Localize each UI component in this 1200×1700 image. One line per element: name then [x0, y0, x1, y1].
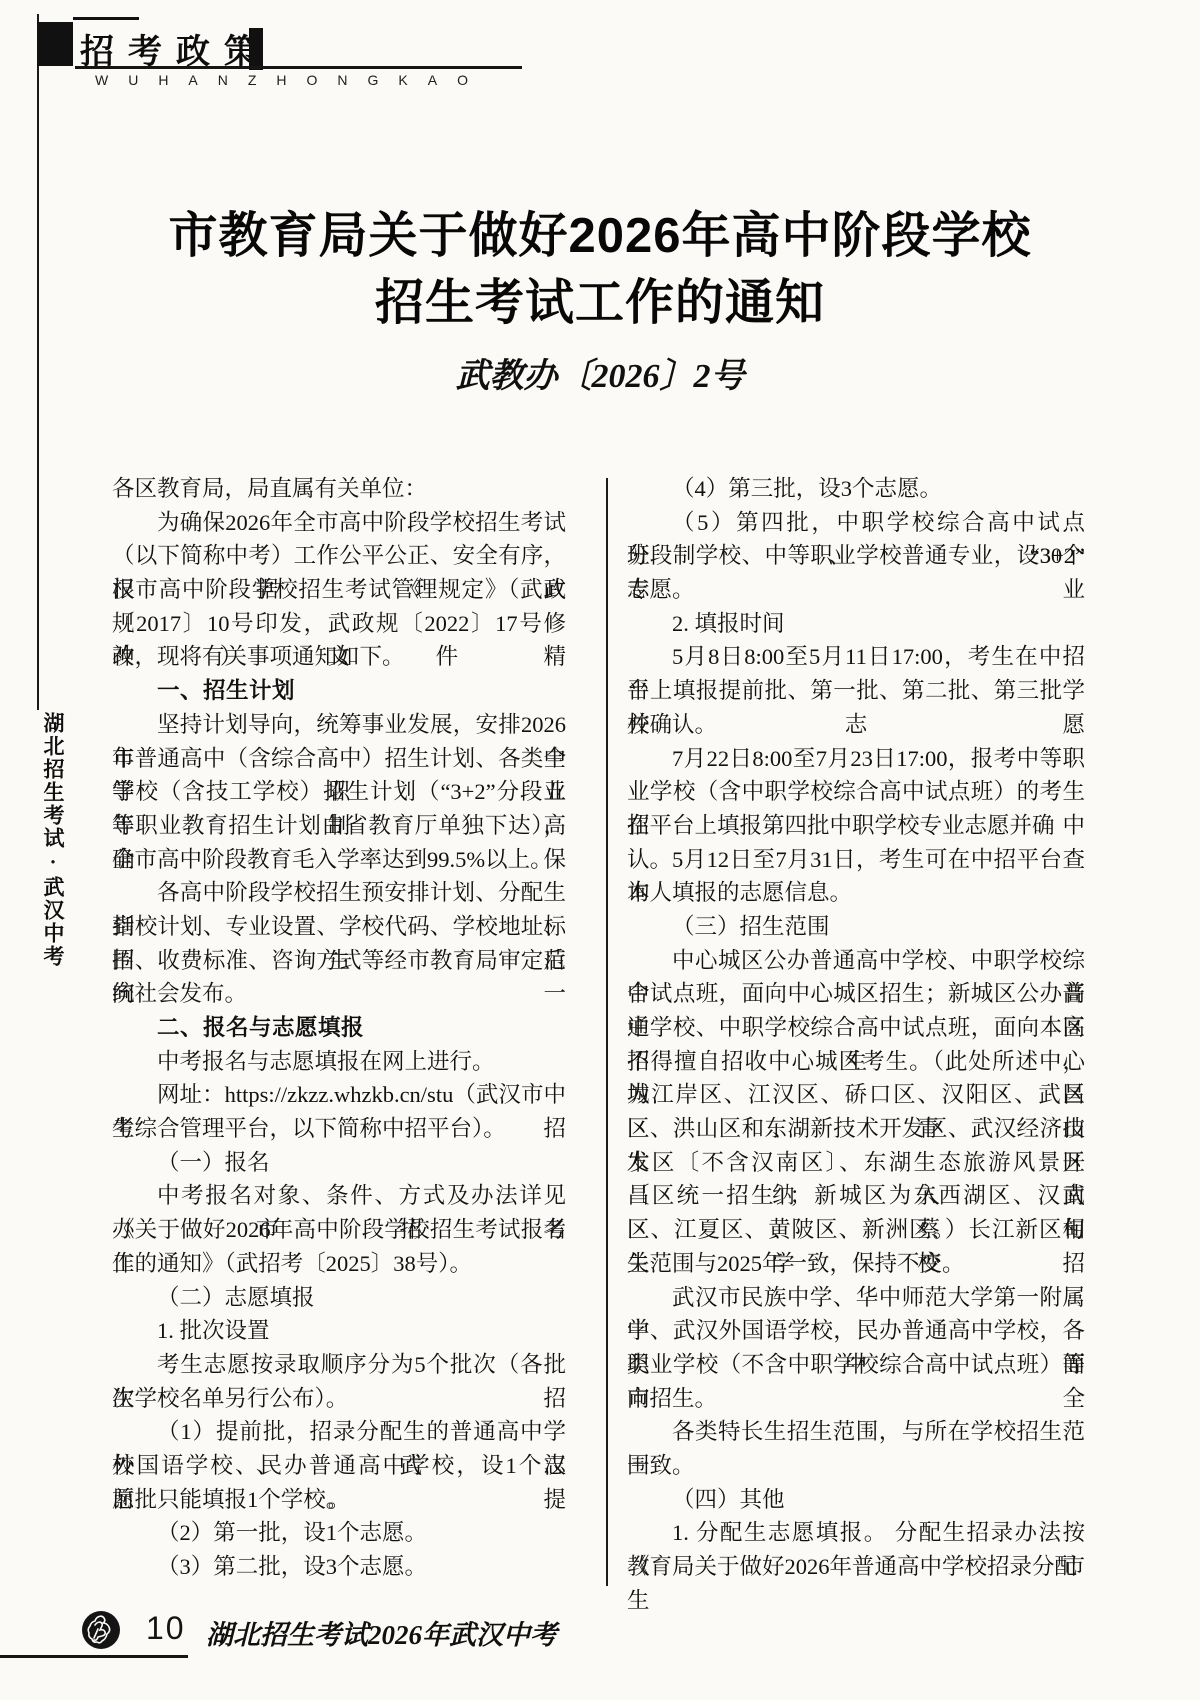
body-column-right: （4）第三批，设3个志愿。（5）第四批，中职学校综合高中试点班、“3+2”分段制…	[627, 472, 1085, 1584]
body-text-line: 中考报名对象、条件、方式及办法详见《市招考	[112, 1179, 566, 1213]
body-text-line: 区、洪山区和东湖新技术开发区、武汉经济技术开	[627, 1112, 1085, 1146]
body-text-line: （2）第一批，设1个志愿。	[112, 1516, 566, 1550]
body-text-line: 学校（含技工学校）招生计划（“3+2”分段五年制高	[112, 775, 566, 809]
body-text-line: 5月8日8:00至5月11日17:00，考生在中招平	[627, 640, 1085, 674]
masthead-pinyin-letters: WUHANZHONGKAO	[95, 72, 488, 88]
body-text-line: （3）第二批，设3个志愿。	[112, 1550, 566, 1584]
body-text-line: （一）报名	[112, 1146, 566, 1180]
sidebar-journal-name: 湖北招生考试·武汉中考	[22, 712, 68, 968]
body-text-line: 全市高中阶段教育毛入学率达到99.5%以上。	[112, 843, 566, 877]
body-text-line: 到校计划、专业设置、学校代码、学校地址、招生范	[112, 910, 566, 944]
body-text-line: 中学校、中职学校综合高中试点班，面向本区招生，	[627, 1011, 1085, 1045]
body-text-line: 昌区统一招生〕；新城区为东西湖区、汉南区、蔡甸	[627, 1179, 1085, 1213]
body-text-line: 1. 批次设置	[112, 1314, 566, 1348]
body-text-line: 7月22日8:00至7月23日17:00，报考中等职	[627, 742, 1085, 776]
document-title: 市教育局关于做好2026年高中阶段学校 招生考试工作的通知	[100, 203, 1100, 337]
body-text-line: 围、收费标准、咨询方式等经市教育局审定后统一	[112, 944, 566, 978]
body-text-line: （5）第四批，中职学校综合高中试点班、“3+2”	[627, 506, 1085, 540]
section-heading-line: 一、招生计划	[112, 674, 566, 708]
body-text-line: 中试点班，面向中心城区招生；新城区公办普通高	[627, 977, 1085, 1011]
body-text-line: 武汉市民族中学、华中师范大学第一附属中	[627, 1281, 1085, 1315]
body-text-line: 外国语学校、民办普通高中学校，设1个志愿。提	[112, 1449, 566, 1483]
body-text-line: 各类特长生招生范围，与所在学校招生范围	[627, 1415, 1085, 1449]
footer-journal-title: 湖北招生考试2026年武汉中考	[206, 1613, 557, 1652]
body-text-line: 坚持计划导向，统筹事业发展，安排2026年全	[112, 708, 566, 742]
body-text-line: 为江岸区、江汉区、硚口区、汉阳区、武昌区、青山	[627, 1078, 1085, 1112]
body-text-line: 市普通高中（含综合高中）招生计划、各类中等职业	[112, 742, 566, 776]
masthead-bar-mark	[249, 28, 263, 70]
body-text-line: 台上填报提前批、第一批、第二批、第三批学校志愿	[627, 674, 1085, 708]
body-text-line: （二）志愿填报	[112, 1281, 566, 1315]
body-text-line: 学、武汉外国语学校，民办普通高中学校，各类中等	[627, 1314, 1085, 1348]
body-text-line: 中心城区公办普通高中学校、中职学校综合高	[627, 944, 1085, 978]
body-text-line: （四）其他	[627, 1483, 1085, 1517]
body-text-line: 分段制学校、中等职业学校普通专业，设30个专业	[627, 539, 1085, 573]
body-text-line: 考生志愿按录取顺序分为5个批次（各批次招	[112, 1348, 566, 1382]
body-text-line: 各区教育局，局直属有关单位：	[112, 472, 566, 506]
body-text-line: 不得擅自招收中心城区考生。（此处所述中心城区	[627, 1045, 1085, 1079]
document-number: 武教办〔2026〕2号	[100, 348, 1100, 397]
body-text-line: 发区〔不含汉南区〕、东湖生态旅游风景区〔纳入武	[627, 1146, 1085, 1180]
body-text-line: （1）提前批，招录分配生的普通高中学校、武汉	[112, 1415, 566, 1449]
journal-logo-icon	[81, 1610, 121, 1650]
document-title-line2: 招生考试工作的通知	[100, 270, 1100, 337]
body-text-line: 中考报名与志愿填报在网上进行。	[112, 1045, 566, 1079]
body-text-line: （三）招生范围	[627, 910, 1085, 944]
body-text-line: 网址：https://zkzz.whzkb.cn/stu（武汉市中考招	[112, 1078, 566, 1112]
body-text-line: 教育局关于做好2026年普通高中学校招录分配生	[627, 1550, 1085, 1584]
body-text-line: 为确保2026年全市高中阶段学校招生考试	[112, 506, 566, 540]
body-text-line: 业学校（含中职学校综合高中试点班）的考生在中	[627, 775, 1085, 809]
body-text-line: 一致。	[627, 1449, 1085, 1483]
document-title-line1: 市教育局关于做好2026年高中阶段学校	[100, 203, 1100, 270]
body-text-line: 〔2017〕10号印发，武政规〔2022〕17号修改）文件精	[112, 607, 566, 641]
left-edge-rule	[37, 14, 39, 710]
body-text-line: 各高中阶段学校招生预安排计划、分配生指标	[112, 876, 566, 910]
footer-rule	[0, 1655, 188, 1658]
section-heading-line: 二、报名与志愿填报	[112, 1011, 566, 1045]
page-number: 10	[146, 1610, 186, 1647]
body-text-line: 招平台上填报第四批中职学校专业志愿并确认。	[627, 809, 1085, 843]
body-text-line: 生综合管理平台，以下简称中招平台）。	[112, 1112, 566, 1146]
body-text-line: 作的通知》（武招考〔2025〕38号）。	[112, 1247, 566, 1281]
column-divider-rule	[606, 478, 608, 1586]
body-text-line: 等职业教育招生计划由省教育厅单独下达），确保	[112, 809, 566, 843]
masthead-top-rule	[73, 17, 139, 20]
body-text-line: 区、江夏区、黄陂区、新洲区。）长江新区相关学校招	[627, 1213, 1085, 1247]
body-column-left: 各区教育局，局直属有关单位：为确保2026年全市高中阶段学校招生考试（以下简称中…	[112, 472, 566, 1584]
body-text-line: 办关于做好2026年高中阶段学校招生考试报名工	[112, 1213, 566, 1247]
masthead-horizontal-rule	[75, 66, 522, 69]
body-text-line: （4）第三批，设3个志愿。	[627, 472, 1085, 506]
body-text-line: 5月12日至7月31日，考生可在中招平台查询	[627, 843, 1085, 877]
body-text-line: 1. 分配生志愿填报。 分配生招录办法按《市	[627, 1516, 1085, 1550]
body-text-line: 汉市高中阶段学校招生考试管理规定》（武政规	[112, 573, 566, 607]
masthead-square-mark	[37, 22, 73, 66]
magazine-page: 招考政策 WUHANZHONGKAO 湖北招生考试·武汉中考 市教育局关于做好2…	[0, 0, 1200, 1700]
body-text-line: 2. 填报时间	[627, 607, 1085, 641]
body-text-line: 职业学校（不含中职学校综合高中试点班）面向全	[627, 1348, 1085, 1382]
body-text-line: （以下简称中考）工作公平公正、安全有序，根据《武	[112, 539, 566, 573]
body-text-line: 本人填报的志愿信息。	[627, 876, 1085, 910]
